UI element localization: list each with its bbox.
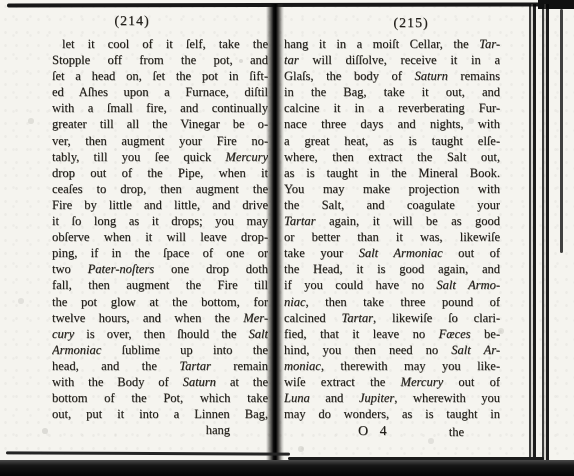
- text-line: it ſo long as it drops; you may: [52, 213, 268, 229]
- text-line: ed Aſhes upon a Furnace, diſtil: [52, 84, 268, 100]
- page-number-right: (215): [379, 16, 443, 32]
- text-line: hind, you then need no Salt Ar-: [284, 342, 500, 358]
- text-line: Glaſs, the body of Saturn remains: [284, 68, 500, 84]
- page-number-left: (214): [100, 14, 164, 30]
- page-left-text: let it cool of it ſelf, take theStopple …: [52, 36, 268, 438]
- text-line: a great heat, as is taught elſe-: [284, 133, 500, 149]
- scan-bottom-edge: [0, 460, 574, 476]
- text-line: where, then extract the Salt out,: [284, 149, 500, 165]
- catchword-right: the: [449, 424, 464, 440]
- text-line: niac, then take three pound of: [284, 294, 500, 310]
- text-line: ceaſes to drop, then augment the: [52, 181, 268, 197]
- text-line: if you could have no Salt Armo-: [284, 277, 500, 293]
- text-line: hang it in a moiſt Cellar, the Tar-: [284, 36, 500, 52]
- text-line: Stopple off from the pot, and: [52, 52, 268, 68]
- text-line: moniac, therewith may you like-: [284, 358, 500, 374]
- text-line: fall, then augment the Fire till: [52, 277, 268, 293]
- text-line: You may make projection with: [284, 181, 500, 197]
- book-scan: (214) let it cool of it ſelf, take theSt…: [0, 0, 574, 476]
- signature-mark: O 4: [358, 424, 391, 440]
- text-line: the Head, it is good again, and: [284, 261, 500, 277]
- text-line: with a ſmall fire, and continually: [52, 100, 268, 116]
- text-line: tably, till you ſee quick Mercury: [52, 149, 268, 165]
- book-gutter: [266, 4, 284, 462]
- page-right-lines: hang it in a moiſt Cellar, the Tar-tar w…: [284, 36, 500, 422]
- text-line: nace three days and nights, with: [284, 116, 500, 132]
- text-line: let it cool of it ſelf, take the: [52, 36, 268, 52]
- text-line: bottom of the Pot, which take: [52, 390, 268, 406]
- text-line: ping, if in the ſpace of one or: [52, 245, 268, 261]
- text-line: out, put it into a Linnen Bag,: [52, 406, 268, 422]
- text-line: calcine it in a reverberating Fur-: [284, 100, 500, 116]
- text-line: as is taught in the Mineral Book.: [284, 165, 500, 181]
- text-line: may do wonders, as is taught in: [284, 406, 500, 422]
- text-line: Armoniac ſublime up into the: [52, 342, 268, 358]
- text-line: calcined Tartar, likewiſe ſo clari-: [284, 310, 500, 326]
- catchword-left: hang: [206, 423, 230, 437]
- text-line: greater till all the Vinegar be o-: [52, 116, 268, 132]
- text-line: ſet a head on, ſet the pot in ſift-: [52, 68, 268, 84]
- page-bottom-edge-left: [6, 451, 290, 455]
- page-edge-streaks: [527, 4, 551, 462]
- signature-line: O 4 the: [284, 424, 500, 440]
- text-line: cury is over, then ſhould the Salt: [52, 326, 268, 342]
- text-line: ver, then augment your Fire no-: [52, 133, 268, 149]
- text-line: Tartar again, it will be as good: [284, 213, 500, 229]
- text-line: head, and the Tartar remain: [52, 358, 268, 374]
- text-line: Fire by little and little, and drive: [52, 197, 268, 213]
- text-line: obſerve when it will leave drop-: [52, 229, 268, 245]
- page-edge-line: [560, 9, 563, 253]
- text-line: take your Salt Armoniac out of: [284, 245, 500, 261]
- text-line: wiſe extract the Mercury out of: [284, 374, 500, 390]
- text-line: in the Bag, take it out, and: [284, 84, 500, 100]
- text-line: with the Body of Saturn at the: [52, 374, 268, 390]
- text-line: the Salt, and coagulate your: [284, 197, 500, 213]
- text-line: the pot glow at the bottom, for: [52, 294, 268, 310]
- text-line: Luna and Jupiter, wherewith you: [284, 390, 500, 406]
- text-line: two Pater-noſters one drop doth: [52, 261, 268, 277]
- text-line: twelve hours, and when the Mer-: [52, 310, 268, 326]
- paper-specks: [0, 0, 2, 2]
- text-line: drop out of the Pipe, when it: [52, 165, 268, 181]
- text-line: fied, that it leave no Fæces be-: [284, 326, 500, 342]
- text-line: tar will diſſolve, receive it in a: [284, 52, 500, 68]
- text-line: or better than it was, likewiſe: [284, 229, 500, 245]
- page-right-text: hang it in a moiſt Cellar, the Tar-tar w…: [284, 36, 500, 440]
- page-left-lines: let it cool of it ſelf, take theStopple …: [52, 36, 268, 422]
- catchword-line-left: hang: [52, 422, 268, 438]
